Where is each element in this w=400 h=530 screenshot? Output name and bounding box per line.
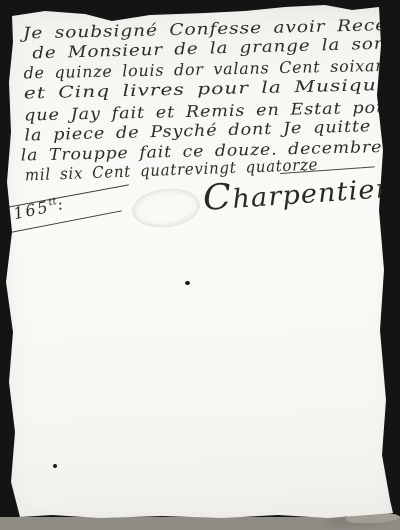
- amount-annotation: 165tt:: [12, 194, 67, 223]
- ink-speck: [53, 464, 57, 468]
- manuscript-page: Je soubsigné Confesse avoir Receu de Mon…: [0, 0, 400, 530]
- amount-value: 165: [12, 197, 52, 223]
- table-surface-band: [0, 517, 400, 530]
- ink-speck: [185, 281, 190, 285]
- photograph-background: Je soubsigné Confesse avoir Receu de Mon…: [0, 0, 400, 530]
- embossed-stamp-oval: [130, 185, 202, 231]
- handwritten-text-block: Je soubsigné Confesse avoir Receu de Mon…: [23, 19, 383, 186]
